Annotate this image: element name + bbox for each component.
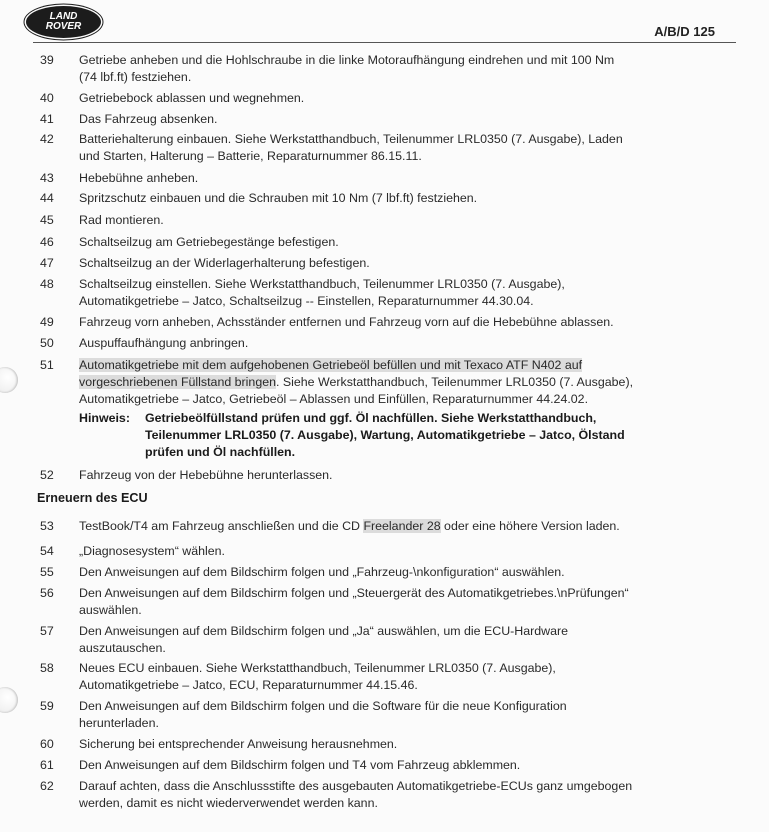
step-number: 49	[40, 314, 68, 331]
step-text: Automatikgetriebe mit dem aufgehobenen G…	[79, 357, 729, 408]
step-number: 57	[40, 623, 68, 640]
step-number: 43	[40, 170, 68, 187]
step-number: 50	[40, 335, 68, 352]
step-number: 55	[40, 564, 68, 581]
step-text: Schaltseilzug an der Widerlagerhalterung…	[79, 255, 729, 272]
step-number: 51	[40, 357, 68, 374]
step-number: 48	[40, 276, 68, 293]
step-text: Den Anweisungen auf dem Bildschirm folge…	[79, 698, 729, 732]
step-number: 42	[40, 131, 68, 148]
step-text: Rad montieren.	[79, 212, 729, 229]
step-number: 44	[40, 190, 68, 207]
step-text: Hebebühne anheben.	[79, 170, 729, 187]
step-number: 41	[40, 111, 68, 128]
step-number: 46	[40, 234, 68, 251]
section-title: Erneuern des ECU	[37, 491, 148, 505]
note-label: Hinweis:	[79, 410, 130, 427]
step-text: Den Anweisungen auf dem Bildschirm folge…	[79, 564, 729, 581]
step-number: 45	[40, 212, 68, 229]
step-text: Das Fahrzeug absenken.	[79, 111, 729, 128]
step-text: Fahrzeug vorn anheben, Achsständer entfe…	[79, 314, 729, 331]
land-rover-logo: LAND ROVER	[26, 6, 101, 38]
step-number: 62	[40, 778, 68, 795]
step-text: Auspuffaufhängung anbringen.	[79, 335, 729, 352]
highlighted-text: Freelander 28	[363, 519, 440, 533]
step-number: 60	[40, 736, 68, 753]
punch-hole-icon	[0, 367, 18, 393]
step-number: 53	[40, 518, 68, 535]
step-number: 61	[40, 757, 68, 774]
step-text: „Diagnosesystem“ wählen.	[79, 543, 729, 560]
highlighted-text: Automatikgetriebe mit dem aufgehobenen G…	[79, 358, 582, 372]
punch-hole-icon	[0, 687, 18, 713]
step-text: Batteriehalterung einbauen. Siehe Werkst…	[79, 131, 729, 165]
step-number: 39	[40, 52, 68, 69]
highlighted-text: vorgeschriebenen Füllstand bringen	[79, 375, 276, 389]
step-number: 52	[40, 467, 68, 484]
step-number: 59	[40, 698, 68, 715]
step-number: 47	[40, 255, 68, 272]
logo-line-2: ROVER	[46, 22, 82, 32]
step-text: Den Anweisungen auf dem Bildschirm folge…	[79, 585, 729, 619]
step-number: 54	[40, 543, 68, 560]
document-id: A/B/D 125	[654, 24, 715, 39]
step-text: Sicherung bei entsprechender Anweisung h…	[79, 736, 729, 753]
step-text: Neues ECU einbauen. Siehe Werkstatthandb…	[79, 660, 729, 694]
step-number: 40	[40, 90, 68, 107]
step-text: TestBook/T4 am Fahrzeug anschließen und …	[79, 518, 729, 535]
step-text: Getriebe anheben und die Hohlschraube in…	[79, 52, 729, 86]
step-text: Den Anweisungen auf dem Bildschirm folge…	[79, 757, 729, 774]
step-text: Den Anweisungen auf dem Bildschirm folge…	[79, 623, 729, 657]
header-divider	[33, 42, 736, 43]
step-number: 56	[40, 585, 68, 602]
step-text: Spritzschutz einbauen und die Schrauben …	[79, 190, 729, 207]
step-text: Getriebebock ablassen und wegnehmen.	[79, 90, 729, 107]
note-body: Getriebeölfüllstand prüfen und ggf. Öl n…	[145, 410, 715, 461]
step-text: Schaltseilzug einstellen. Siehe Werkstat…	[79, 276, 729, 310]
step-text: Fahrzeug von der Hebebühne herunterlasse…	[79, 467, 729, 484]
step-text: Schaltseilzug am Getriebegestänge befest…	[79, 234, 729, 251]
step-text: Darauf achten, dass die Anschlussstifte …	[79, 778, 729, 812]
step-number: 58	[40, 660, 68, 677]
